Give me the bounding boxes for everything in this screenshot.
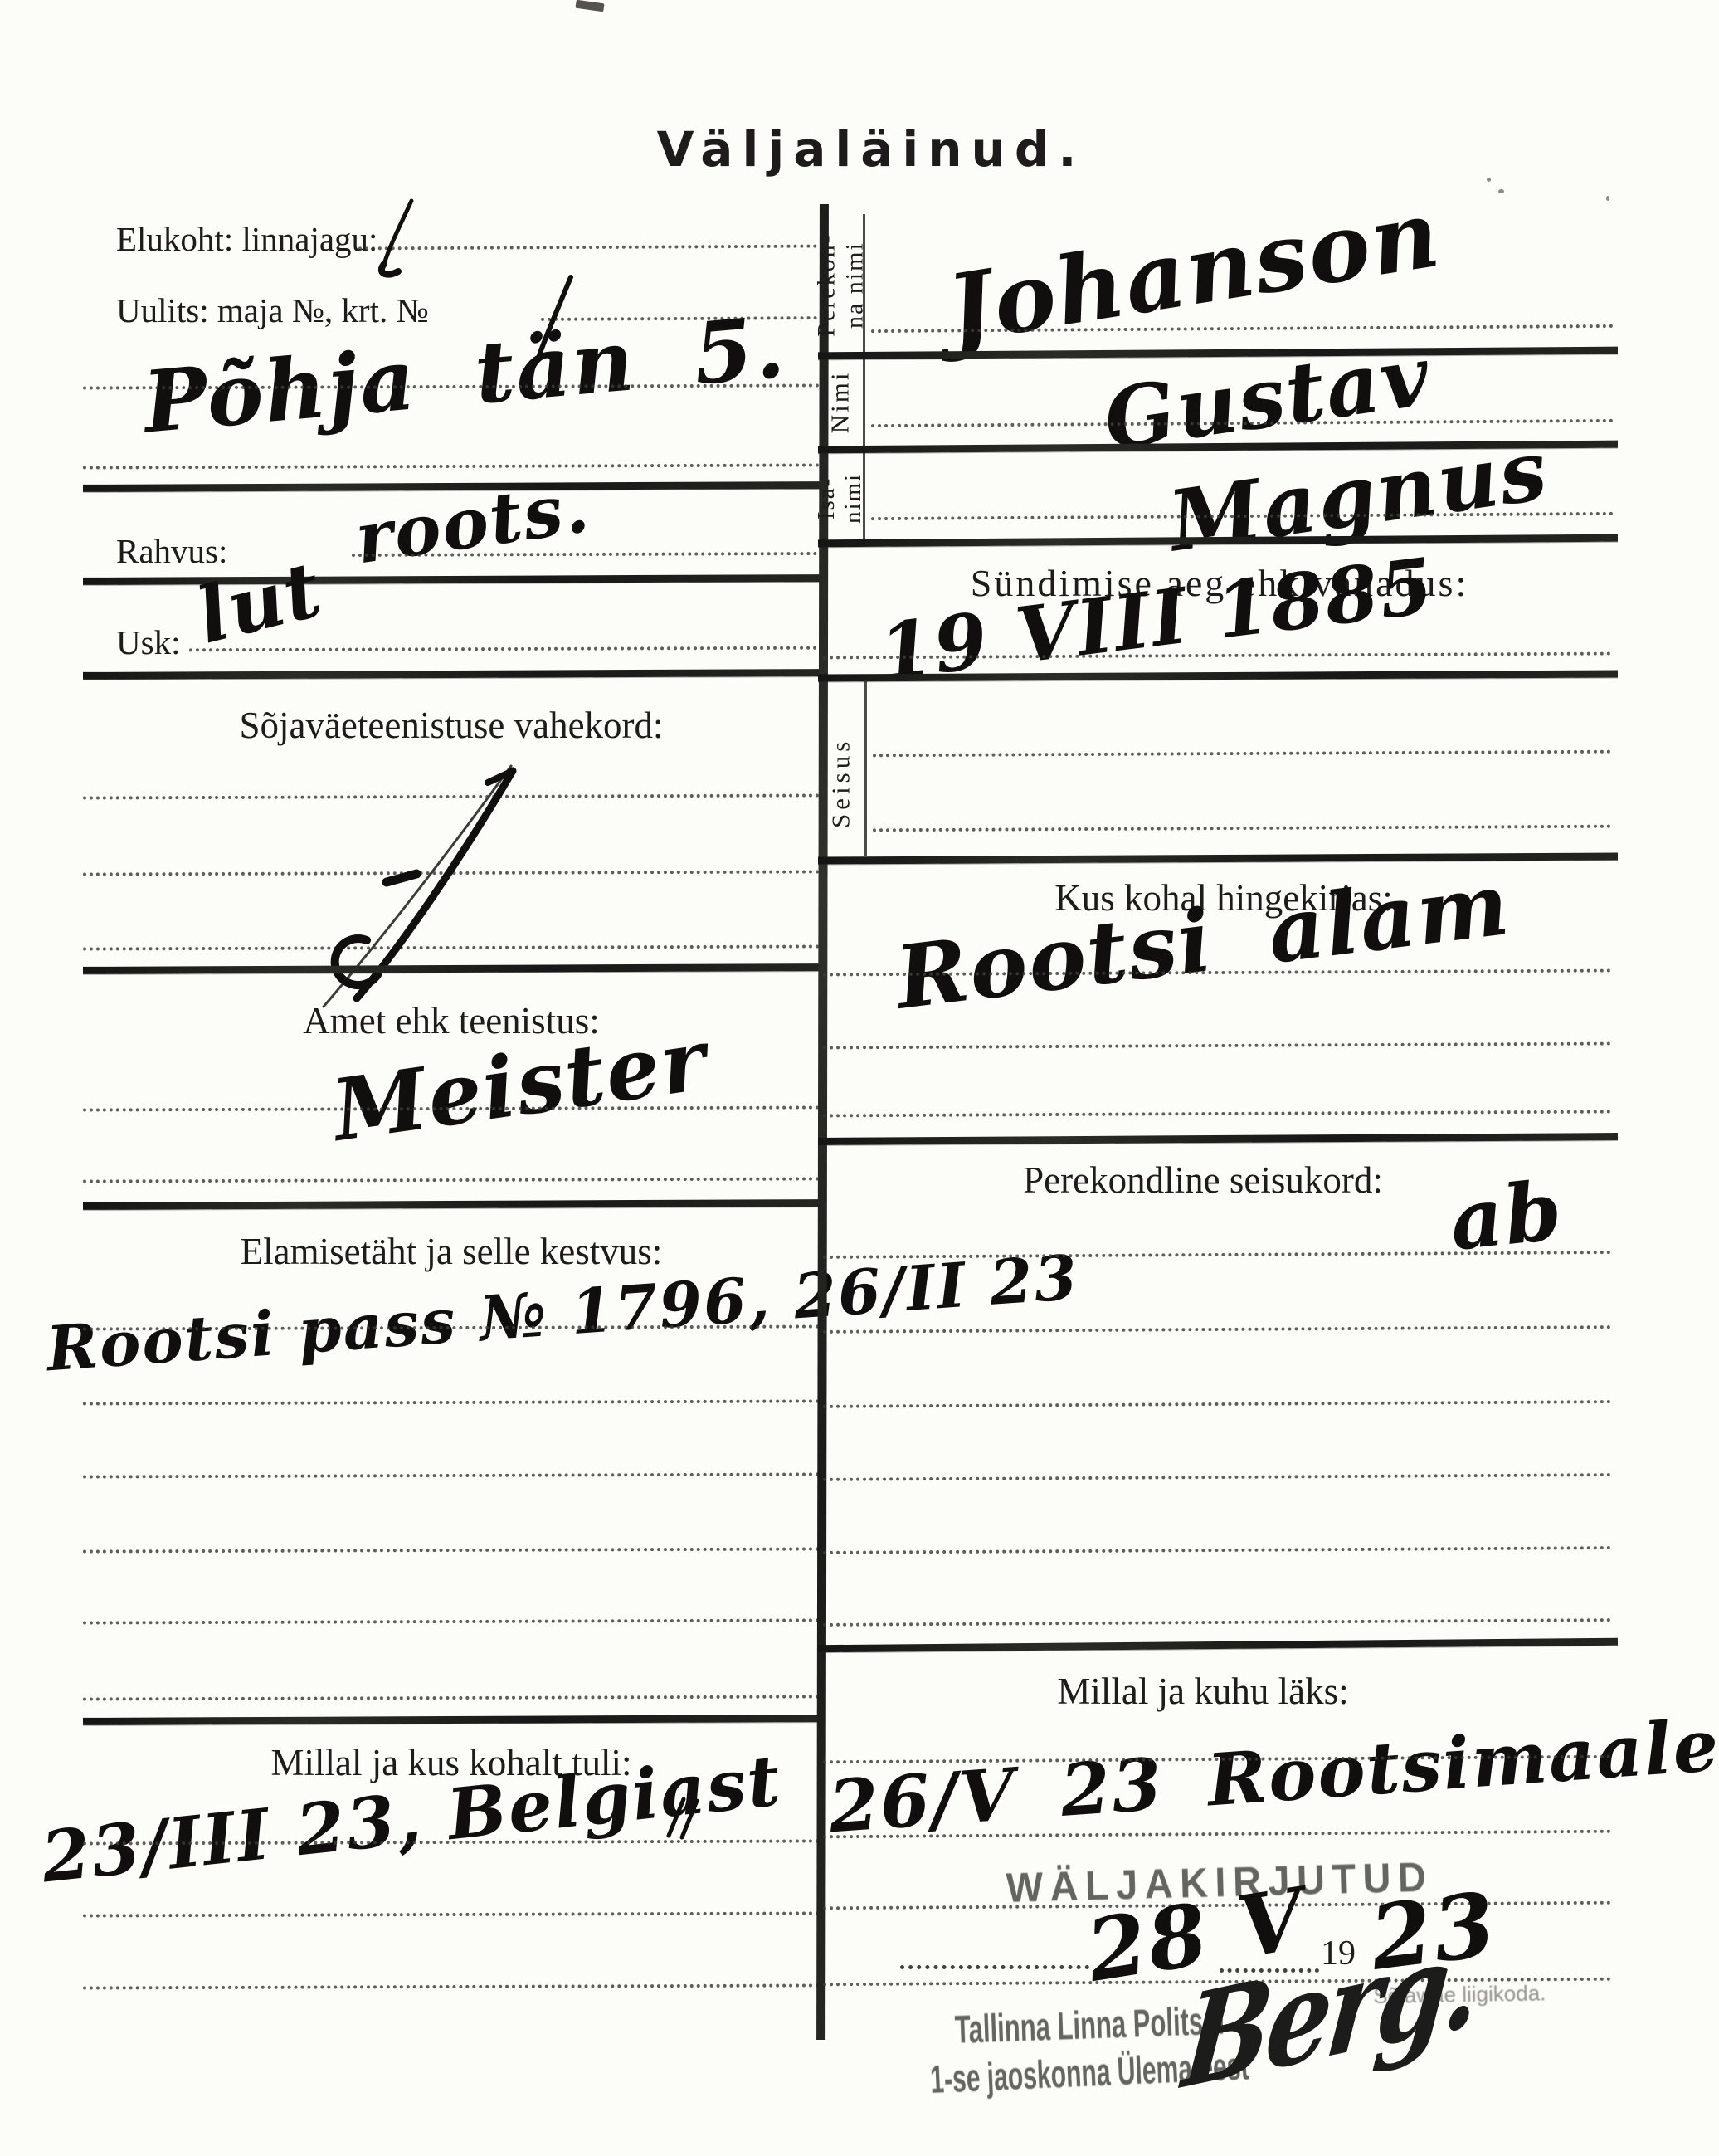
religion-label: Usk: (116, 622, 180, 662)
scan-artifact (575, 0, 604, 12)
dotted-writing-line (352, 552, 817, 557)
dotted-writing-line (823, 1618, 1611, 1627)
section-divider-line (83, 669, 820, 680)
street-label: Uulits: maja №, krt. № (116, 290, 429, 330)
father-name-label: Isa- nimi (818, 456, 863, 539)
scan-artifact (0, 0, 46, 23)
dotted-writing-line (823, 1400, 1611, 1408)
dotted-writing-line (83, 1177, 820, 1183)
dotted-writing-line (83, 1472, 820, 1478)
status-label: Seisus (820, 705, 863, 860)
scan-artifact (1498, 189, 1504, 193)
military-status-stroke-mark (274, 743, 548, 1017)
dotted-writing-line (823, 1042, 1611, 1050)
dotted-date-line (900, 1965, 1089, 1969)
dotted-writing-line (823, 1473, 1611, 1481)
surname-label: Perekon- na nimi (818, 214, 863, 357)
scan-artifact (1606, 196, 1609, 201)
dotted-writing-line (83, 1547, 820, 1553)
residence-label: Elukoht: linnajagu: (116, 219, 377, 259)
dotted-writing-line (83, 463, 820, 469)
dotted-writing-line (823, 1546, 1611, 1554)
departure-heading: Millal ja kuhu läks: (871, 1670, 1535, 1713)
district-number-mark (358, 196, 433, 287)
section-divider-line (818, 1133, 1618, 1145)
military-service-heading: Sõjaväeteenistuse vahekord: (83, 704, 820, 747)
departure-handwriting: 26/V 23 Rootsimaale (826, 1704, 1719, 1850)
registration-card-scan: Väljaläinud. Elukoht: linnajagu: Uulits:… (0, 0, 1719, 2156)
nationality-label: Rahvus: (116, 531, 227, 571)
dotted-writing-line (83, 1983, 820, 1989)
section-divider-line (818, 1638, 1618, 1652)
residence-permit-heading: Elamisetäht ja selle kestvus: (83, 1230, 820, 1273)
section-divider-line (83, 963, 820, 974)
dotted-writing-line (83, 1399, 820, 1405)
dotted-writing-line (823, 1325, 1611, 1334)
family-status-heading: Perekondline seisukord: (871, 1158, 1535, 1202)
dotted-writing-line (83, 1618, 820, 1624)
dotted-writing-line (83, 1911, 820, 1917)
scan-artifact (1487, 178, 1491, 182)
first-name-label: Nimi (820, 362, 861, 441)
label-separator-line (864, 680, 867, 856)
dotted-writing-line (823, 1110, 1611, 1118)
section-divider-line (83, 1199, 820, 1210)
dotted-writing-line (189, 646, 817, 652)
page-title: Väljaläinud. (639, 121, 1103, 178)
dotted-writing-line (83, 1695, 820, 1700)
dotted-writing-line (873, 750, 1611, 758)
section-divider-line (83, 1715, 820, 1725)
dotted-writing-line (873, 825, 1611, 832)
occupation-heading: Amet ehk teenistus: (83, 999, 820, 1042)
